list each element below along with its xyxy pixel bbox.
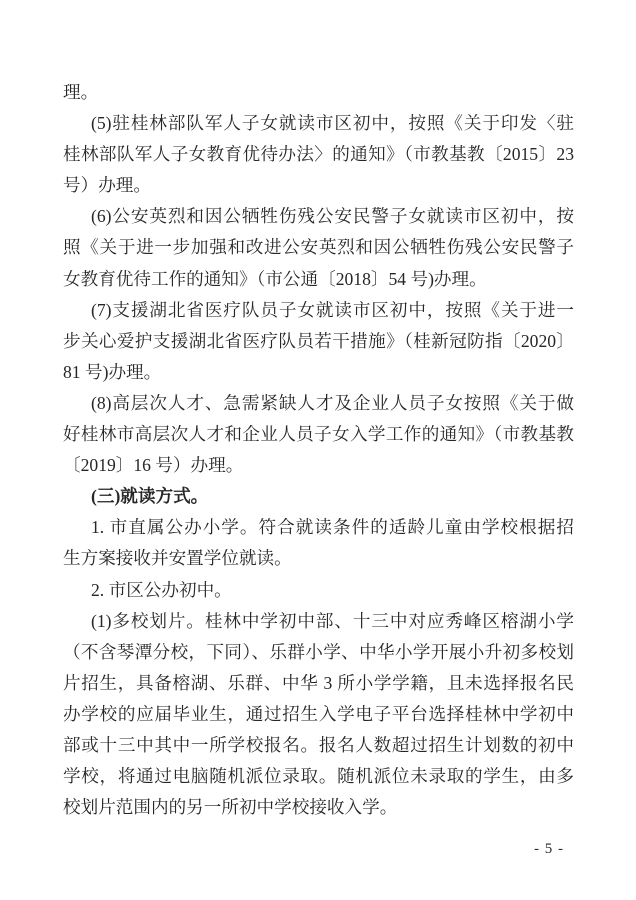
text-line: 校划片范围内的另一所初中学校接收入学。 [63,792,574,823]
text-line: 照《关于进一步加强和改进公安英烈和因公牺牲伤残公安民警子 [63,232,574,263]
text-line: 步关心爱护支援湖北省医疗队员若干措施》（桂新冠防指〔2020〕 [63,326,574,357]
text-line: 办学校的应届毕业生，通过招生入学电子平台选择桂林中学初中 [63,699,574,730]
text-line: (三)就读方式。 [63,481,574,512]
text-line: 好桂林市高层次人才和企业人员子女入学工作的通知》（市教基教 [63,419,574,450]
text-line: 81 号)办理。 [63,357,574,388]
text-line: (1)多校划片。桂林中学初中部、十三中对应秀峰区榕湖小学 [63,606,574,637]
document-text: 理。(5)驻桂林部队军人子女就读市区初中，按照《关于印发〈驻桂林部队军人子女教育… [63,77,574,823]
text-line: (8)高层次人才、急需紧缺人才及企业人员子女按照《关于做 [63,388,574,419]
text-line: (7)支援湖北省医疗队员子女就读市区初中，按照《关于进一 [63,295,574,326]
text-line: 片招生，具备榕湖、乐群、中华 3 所小学学籍，且未选择报名民 [63,668,574,699]
text-line: 生方案接收并安置学位就读。 [63,543,574,574]
text-line: 号）办理。 [63,170,574,201]
text-line: 2. 市区公办初中。 [63,575,574,606]
page-number: - 5 - [534,841,564,858]
text-line: 理。 [63,77,574,108]
text-line: 部或十三中其中一所学校报名。报名人数超过招生计划数的初中 [63,730,574,761]
text-line: 桂林部队军人子女教育优待办法〉的通知》（市教基教〔2015〕23 [63,139,574,170]
text-line: 1. 市直属公办小学。符合就读条件的适龄儿童由学校根据招 [63,512,574,543]
document-page: 理。(5)驻桂林部队军人子女就读市区初中，按照《关于印发〈驻桂林部队军人子女教育… [0,0,636,900]
text-line: 学校，将通过电脑随机派位录取。随机派位未录取的学生，由多 [63,761,574,792]
text-line: 〔2019〕16 号）办理。 [63,450,574,481]
text-line: (6)公安英烈和因公牺牲伤残公安民警子女就读市区初中，按 [63,201,574,232]
text-line: （不含琴潭分校，下同）、乐群小学、中华小学开展小升初多校划 [63,637,574,668]
text-line: (5)驻桂林部队军人子女就读市区初中，按照《关于印发〈驻 [63,108,574,139]
text-line: 女教育优待工作的通知》（市公通〔2018〕54 号)办理。 [63,264,574,295]
